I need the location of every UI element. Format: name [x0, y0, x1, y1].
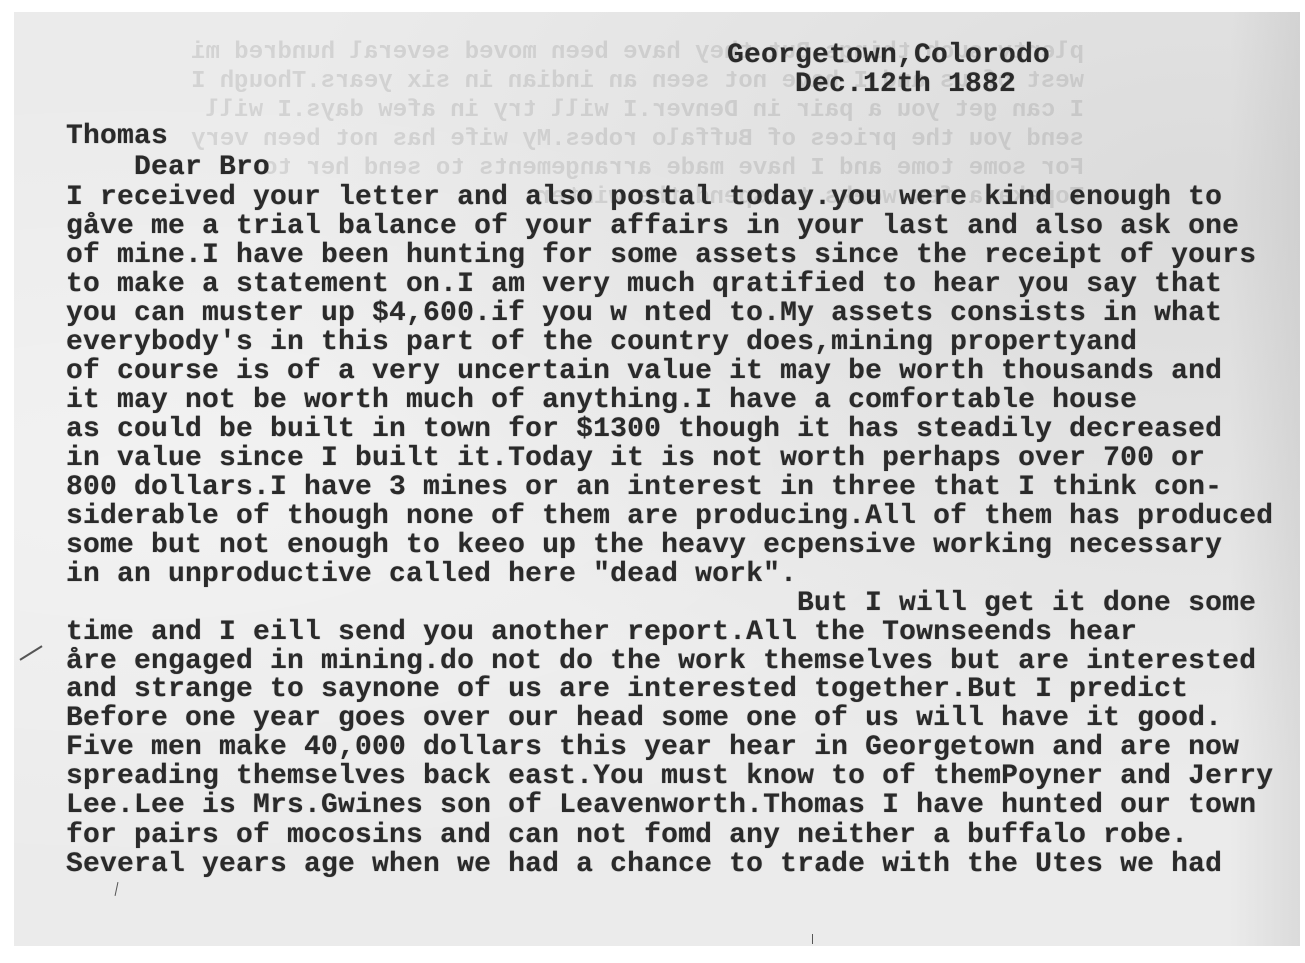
body-line: you can muster up $4,600.if you w nted t… [66, 298, 1222, 329]
body-line: Lee.Lee is Mrs.Gwines son of Leavenworth… [66, 790, 1256, 821]
continuation-line: But I will get it done some [797, 588, 1256, 619]
letter-page: plenty such things.But they have been mo… [14, 12, 1300, 946]
bleed-through-text: plenty such things.But they have been mo… [1256, 12, 1305, 244]
letter-place: Georgetown,Colorodo [727, 40, 1050, 71]
body-line: some but not enough to keeo up the heavy… [66, 530, 1222, 561]
pencil-mark [19, 645, 42, 660]
salutation: Dear Bro [134, 152, 270, 183]
body-line: I received your letter and also postal t… [66, 182, 1222, 213]
bleed-line: For some tome and I have made arrangemen… [263, 154, 1084, 183]
bleed-line: I can get you a pair in Denver.I will tr… [205, 96, 1084, 125]
bleed-line: send you the prices of Buffalo robes.My … [191, 125, 1084, 154]
recipient-name: Thomas [66, 121, 168, 152]
body-line: of mine.I have been hunting for some ass… [66, 240, 1256, 271]
body-line: in an unproductive called here "dead wor… [66, 559, 797, 590]
body-line: Five men make 40,000 dollars this year h… [66, 732, 1239, 763]
pencil-mark [115, 882, 119, 896]
body-line: everybody's in this part of the country … [66, 327, 1137, 358]
body-line: spreading themselves back east.You must … [66, 761, 1273, 792]
body-line: for pairs of mocosins and can not fomd a… [66, 820, 1188, 851]
body-line: Several years age when we had a chance t… [66, 849, 1222, 880]
body-line: siderable of though none of them are pro… [66, 501, 1273, 532]
body-line: gåve me a trial balance of your affairs … [66, 211, 1239, 242]
body-line: Before one year goes over our head some … [66, 703, 1222, 734]
body-line: åre engaged in mining.do not do the work… [66, 646, 1256, 677]
body-line: to make a statement on.I am very much qr… [66, 269, 1222, 300]
pencil-mark [812, 934, 813, 944]
body-line: as could be built in town for $1300 thou… [66, 414, 1222, 445]
letter-date: Dec.12th 1882 [795, 69, 1016, 100]
body-line: 800 dollars.I have 3 mines or an interes… [66, 472, 1222, 503]
body-line: it may not be worth much of anything.I h… [66, 385, 1137, 416]
body-line: of course is of a very uncertain value i… [66, 356, 1222, 387]
body-line: time and I eill send you another report.… [66, 617, 1137, 648]
body-line: and strange to saynone of us are interes… [66, 674, 1188, 705]
body-line: in value since I built it.Today it is no… [66, 443, 1205, 474]
